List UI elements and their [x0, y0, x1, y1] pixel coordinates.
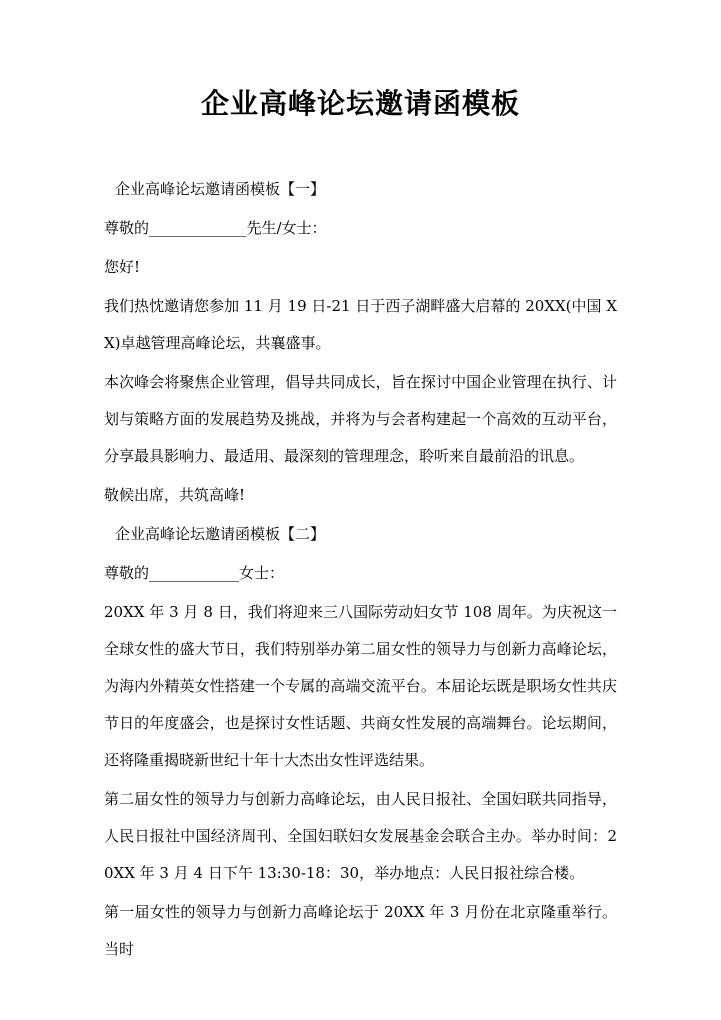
- body-paragraph: 本次峰会将聚焦企业管理，倡导共同成长，旨在探讨中国企业管理在执行、计划与策略方面…: [104, 364, 617, 475]
- section-heading: 企业高峰论坛邀请函模板【二】: [104, 516, 617, 553]
- body-paragraph: 敬候出席，共筑高峰!: [104, 477, 617, 514]
- body-paragraph: 尊敬的_____________先生/女士：: [104, 210, 617, 247]
- body-paragraph: 尊敬的____________女士：: [104, 555, 617, 592]
- body-paragraph: 第一届女性的领导力与创新力高峰论坛于 20XX 年 3 月份在北京隆重举行。当时: [104, 894, 617, 968]
- body-paragraph: 20XX 年 3 月 8 日，我们将迎来三八国际劳动妇女节 108 周年。为庆祝…: [104, 594, 617, 779]
- body-paragraph: 您好!: [104, 249, 617, 286]
- document-title: 企业高峰论坛邀请函模板: [104, 84, 617, 124]
- body-paragraph: 我们热忱邀请您参加 11 月 19 日-21 日于西子湖畔盛大启幕的 20XX(…: [104, 288, 617, 362]
- section-heading: 企业高峰论坛邀请函模板【一】: [104, 171, 617, 208]
- document-body: 企业高峰论坛邀请函模板【一】尊敬的_____________先生/女士：您好!我…: [104, 171, 617, 968]
- document-content: 企业高峰论坛邀请函模板 企业高峰论坛邀请函模板【一】尊敬的___________…: [0, 0, 721, 968]
- document-page: 企业高峰论坛邀请函模板 企业高峰论坛邀请函模板【一】尊敬的___________…: [0, 0, 721, 1020]
- body-paragraph: 第二届女性的领导力与创新力高峰论坛，由人民日报社、全国妇联共同指导，人民日报社中…: [104, 781, 617, 892]
